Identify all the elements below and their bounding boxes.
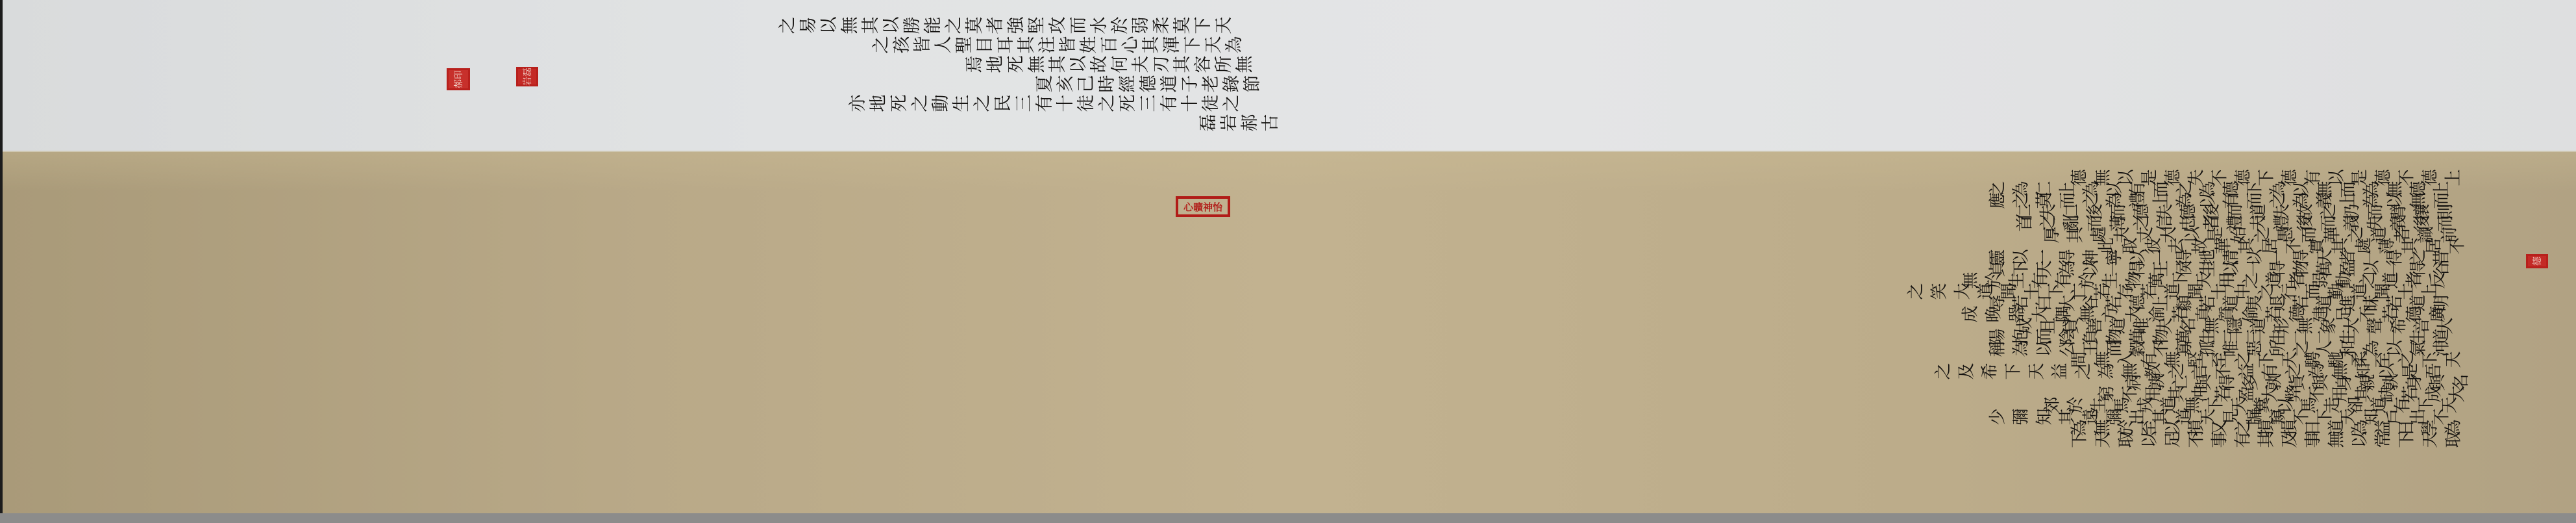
text-column: 磊岩郝古 bbox=[1198, 112, 1282, 131]
seal-text: 郝印 bbox=[452, 70, 465, 88]
seal-text: 心曠神怡 bbox=[1183, 200, 1222, 214]
seal-text: 德 bbox=[2531, 257, 2544, 266]
text-column: 焉地死無其以故何夫刃其容所無 bbox=[965, 53, 1256, 73]
leisure-seal-center: 心曠神怡 bbox=[1176, 196, 1230, 217]
text-column: 陽抱而陰負物萬物萬生三三生二二生一一生道 bbox=[1987, 329, 2454, 340]
mounting-paper bbox=[3, 0, 2576, 151]
name-seal-2: 郝印 bbox=[447, 68, 470, 90]
text-column: 之為仁上為以有而之為德下為以無而為無德上 bbox=[1987, 182, 2454, 193]
text-column: 夏亥己時經德道子老錄節 bbox=[1035, 73, 1263, 92]
bottom-border bbox=[0, 513, 2576, 523]
text-column: 之易以無其以勝能之莫者強堅攻而水於弱柔莫下天 bbox=[778, 14, 1235, 34]
calligraphy-scroll-photo: 之易以無其以勝能之莫者強堅攻而水於弱柔莫下天之孩皆人聖目耳其注皆姓百心其渾下天為… bbox=[0, 0, 2576, 523]
text-column: 下天取以足不事有其及事無以常下天取 bbox=[2068, 432, 2466, 443]
text-column: 之孩皆人聖目耳其注皆姓百心其渾下天為 bbox=[871, 34, 1245, 53]
name-seal-1: 岩磊 bbox=[516, 67, 538, 86]
text-column: 亦地死之動生之民三有十徒之死三有十徒之 bbox=[848, 92, 1243, 112]
text-column: 靈以一得神寧以一得地清以一得天者一得之昔 bbox=[1987, 250, 2454, 261]
leisure-seal-start: 德 bbox=[2526, 254, 2548, 268]
seal-text: 岩磊 bbox=[521, 68, 534, 86]
